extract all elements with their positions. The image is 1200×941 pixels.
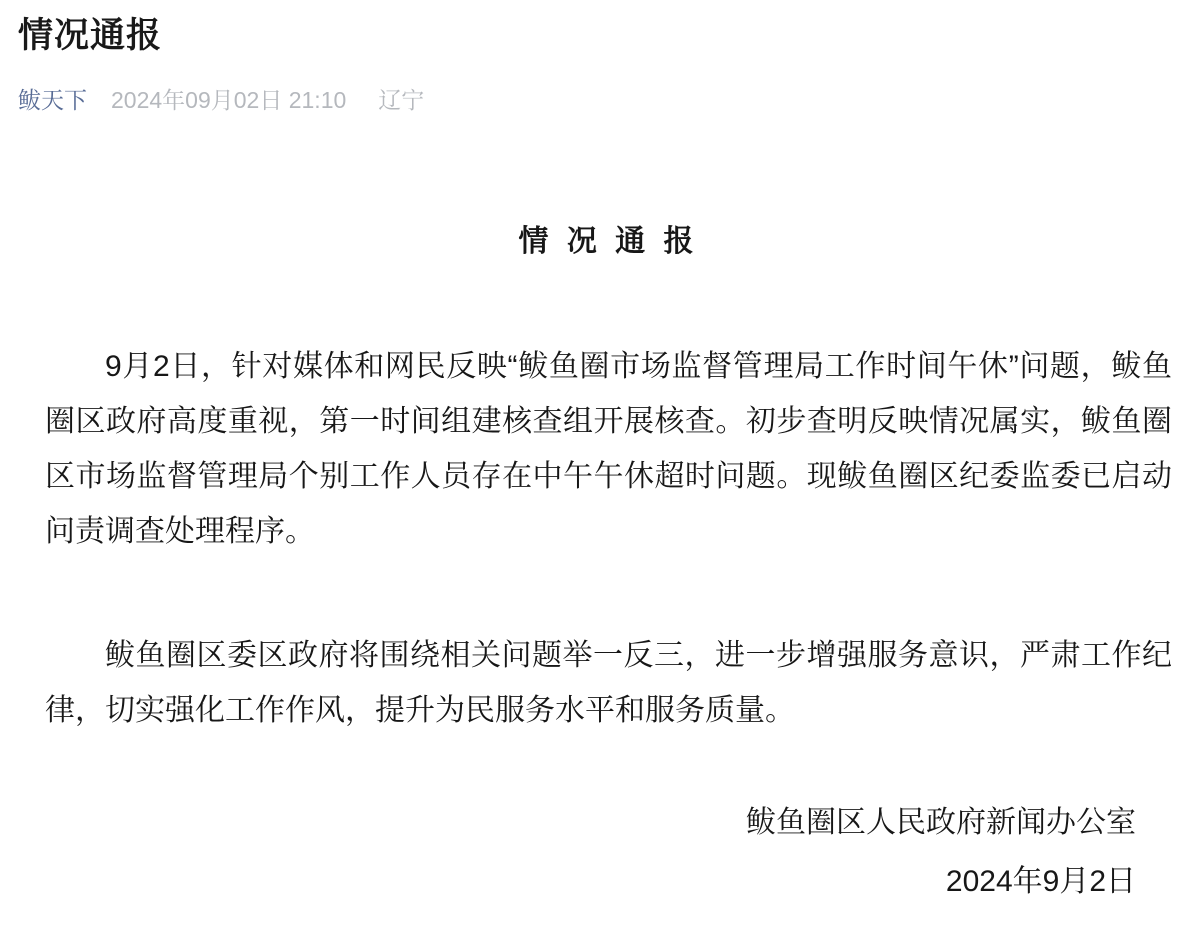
article-page: 情况通报 鲅天下 2024年09月02日 21:10 辽宁 情 况 通 报 9月… [0, 0, 1200, 941]
publish-location: 辽宁 [378, 85, 424, 115]
signature-office: 鲅鱼圈区人民政府新闻办公室 [45, 795, 1136, 850]
article-content: 情 况 通 报 9月2日，针对媒体和网民反映“鲅鱼圈市场监督管理局工作时间午休”… [18, 222, 1172, 909]
paragraph: 鲅鱼圈区委区政府将围绕相关问题举一反三，进一步增强服务意识，严肃工作纪律，切实强… [45, 628, 1172, 738]
page-title: 情况通报 [18, 14, 1172, 58]
article-meta: 鲅天下 2024年09月02日 21:10 辽宁 [18, 85, 1172, 115]
signature-date: 2024年9月2日 [45, 854, 1136, 909]
document-heading: 情 况 通 报 [45, 222, 1172, 262]
account-link[interactable]: 鲅天下 [18, 85, 87, 115]
publish-time: 2024年09月02日 21:10 [111, 85, 346, 115]
paragraph: 9月2日，针对媒体和网民反映“鲅鱼圈市场监督管理局工作时间午休”问题，鲅鱼圈区政… [45, 339, 1172, 559]
